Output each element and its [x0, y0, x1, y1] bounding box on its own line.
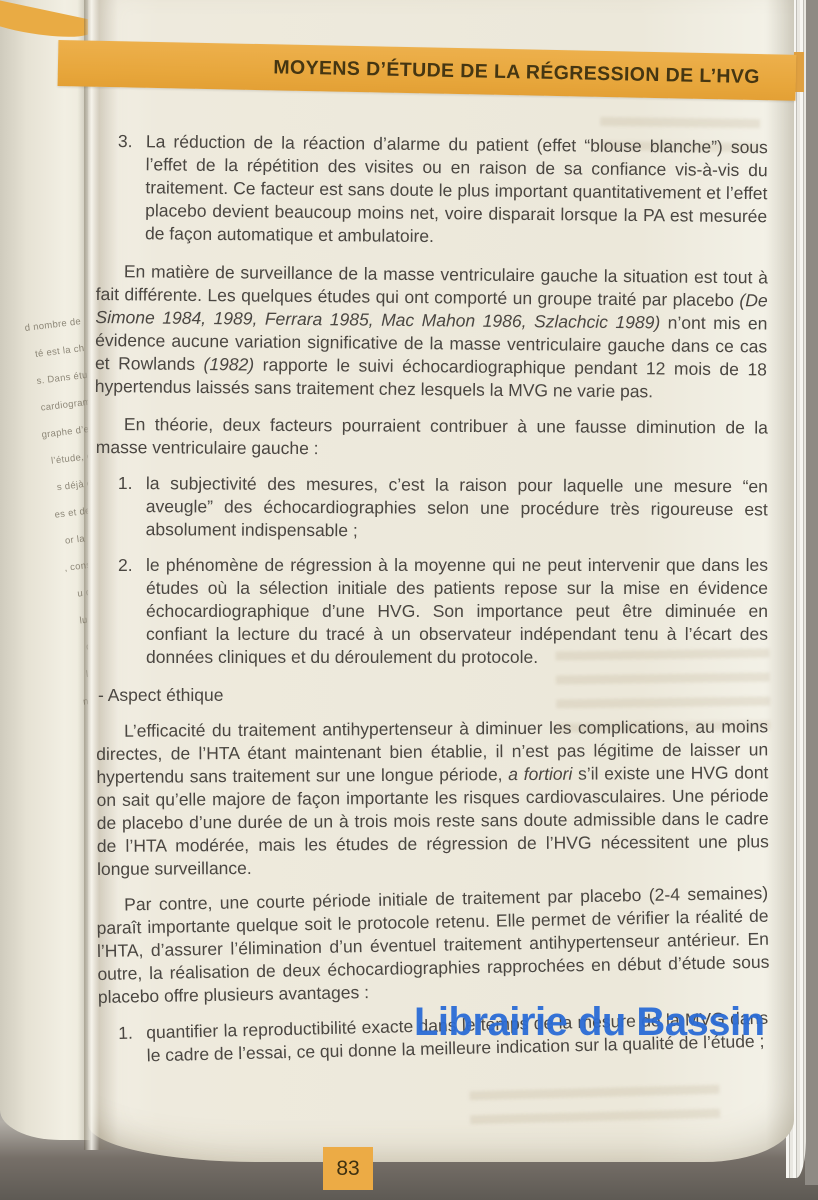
- body-paragraph: En théorie, deux facteurs pourraient con…: [96, 413, 768, 463]
- book-page-photo: d nombre de té est la ch s. Dans étu car…: [0, 0, 818, 1200]
- latin-phrase-italic: a fortiori: [508, 764, 572, 784]
- page-number: 83: [336, 1157, 359, 1181]
- list-item-text: la subjectivité des mesures, c’est la ra…: [146, 472, 768, 544]
- chapter-title: MOYENS D’ÉTUDE DE LA RÉGRESSION DE L’HVG: [273, 56, 760, 89]
- facing-page-header-band: [0, 0, 90, 46]
- body-paragraph: L’efficacité du traitement antihypertens…: [96, 715, 769, 881]
- list-item-text: La réduction de la réaction d’alarme du …: [145, 130, 768, 251]
- list-item-text: le phénomène de régression à la moyenne …: [146, 554, 768, 669]
- page-number-box: 83: [323, 1147, 373, 1190]
- list-item: 3. La réduction de la réaction d’alarme …: [117, 130, 768, 251]
- list-item-marker: 1.: [118, 472, 146, 541]
- bookseller-watermark: Librairie du Bassin: [414, 1000, 765, 1045]
- list-item-marker: 2.: [118, 554, 146, 669]
- body-paragraph: En matière de surveillance de la masse v…: [95, 260, 768, 404]
- paragraph-text: En matière de surveillance de la masse v…: [96, 261, 768, 310]
- list-item-marker: 3.: [117, 130, 146, 245]
- body-paragraph: Par contre, une courte période initiale …: [96, 882, 770, 1009]
- page-body-text: 3. La réduction de la réaction d’alarme …: [96, 130, 768, 1068]
- list-item: 2. le phénomène de régression à la moyen…: [118, 554, 768, 669]
- background-right: [805, 0, 818, 1185]
- facing-page-text-column: d nombre de té est la ch s. Dans étu car…: [0, 308, 90, 1068]
- section-heading: - Aspect éthique: [96, 684, 768, 707]
- facing-page-sliver: d nombre de té est la ch s. Dans étu car…: [0, 0, 90, 1140]
- citation-italic: (1982): [203, 354, 254, 374]
- list-item: 1. la subjectivité des mesures, c’est la…: [118, 472, 768, 544]
- list-item-marker: 1.: [118, 1021, 147, 1068]
